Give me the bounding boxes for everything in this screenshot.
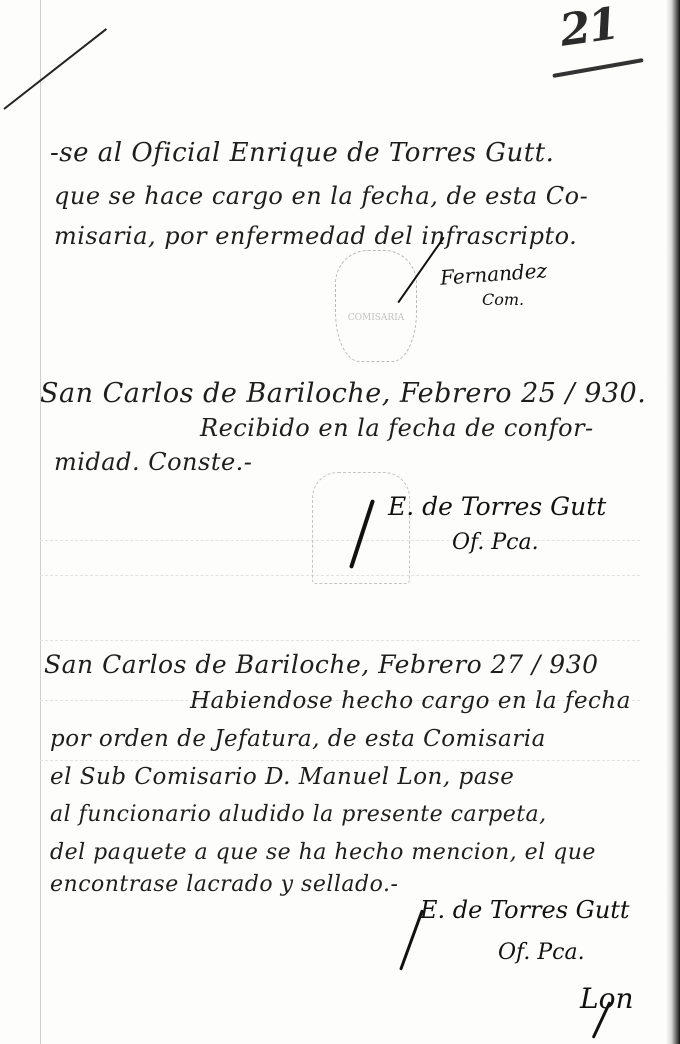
entry-2-line-2: Recibido en la fecha de confor- bbox=[200, 414, 594, 442]
entry-1-line-1: -se al Oficial Enrique de Torres Gutt. bbox=[50, 138, 554, 168]
ruled-line bbox=[40, 760, 640, 761]
entry-3-line-5: al funcionario aludido la presente carpe… bbox=[50, 802, 547, 827]
official-seal-stamp: COMISARIA bbox=[335, 250, 417, 362]
entry-1-signature-title: Com. bbox=[482, 290, 524, 309]
entry-3-line-1: San Carlos de Bariloche, Febrero 27 / 93… bbox=[44, 650, 599, 679]
entry-3-signature: E. de Torres Gutt bbox=[420, 896, 630, 924]
entry-3-line-7: encontrase lacrado y sellado.- bbox=[50, 872, 398, 897]
entry-3-line-3: por orden de Jefatura, de esta Comisaria bbox=[50, 726, 546, 752]
entry-1-signature: Fernandez bbox=[439, 258, 547, 289]
folio-number: 21 bbox=[557, 0, 621, 57]
entry-2-signature-title: Of. Pca. bbox=[452, 530, 539, 555]
entry-3-signature-title: Of. Pca. bbox=[498, 940, 585, 965]
document-page: 21 -se al Oficial Enrique de Torres Gutt… bbox=[0, 0, 680, 1044]
margin-line bbox=[40, 0, 41, 1044]
page-edge-shadow bbox=[666, 0, 680, 1044]
entry-1-line-2: que se hace cargo en la fecha, de esta C… bbox=[54, 182, 588, 210]
entry-3-line-2: Habiendose hecho cargo en la fecha bbox=[190, 688, 631, 714]
entry-2-line-1: San Carlos de Bariloche, Febrero 25 / 93… bbox=[40, 378, 646, 409]
entry-2-signature: E. de Torres Gutt bbox=[388, 492, 606, 521]
entry-2-line-3: midad. Conste.- bbox=[54, 448, 252, 476]
entry-3-line-4: el Sub Comisario D. Manuel Lon, pase bbox=[50, 764, 514, 790]
folio-underline bbox=[552, 58, 643, 78]
margin-slash-mark bbox=[3, 28, 107, 110]
entry-1-line-3: misaria, por enfermedad del infrascripto… bbox=[54, 222, 577, 250]
entry-3-line-6: del paquete a que se ha hecho mencion, e… bbox=[50, 840, 596, 865]
ruled-line bbox=[40, 640, 640, 641]
stamp-text: COMISARIA bbox=[336, 313, 416, 323]
